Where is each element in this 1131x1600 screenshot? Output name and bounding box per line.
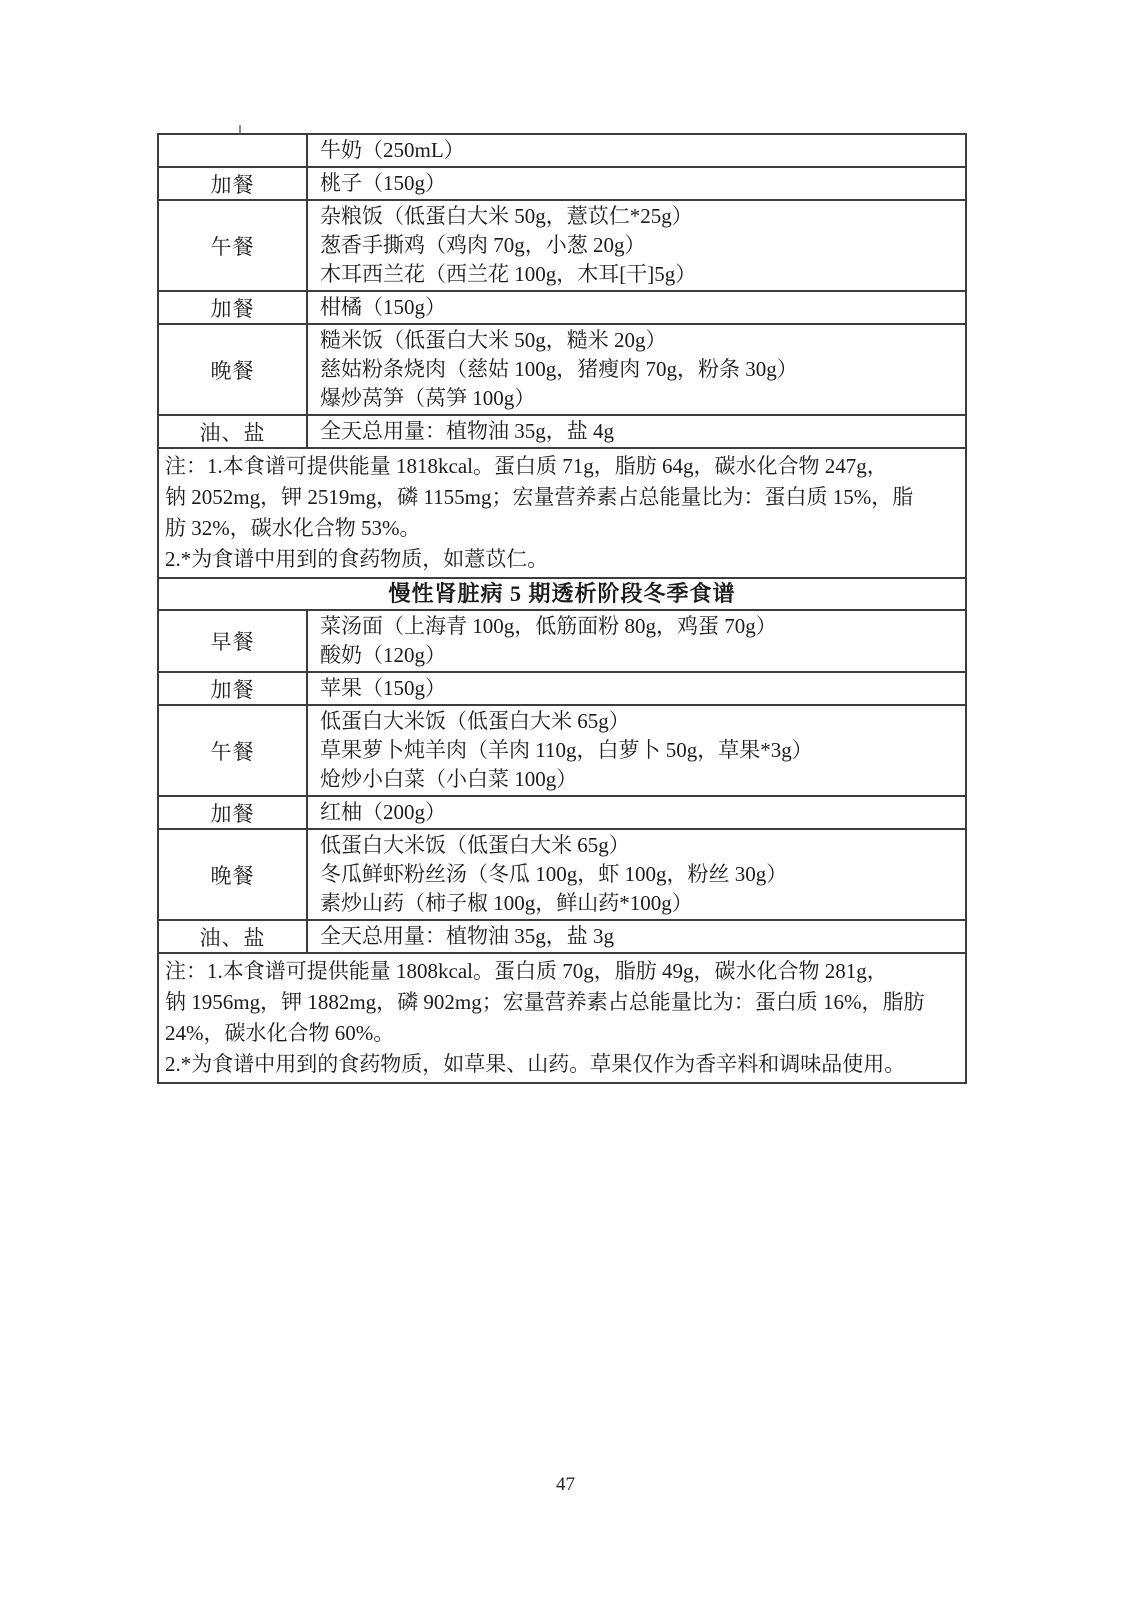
meal-label-cell: 晚餐 <box>159 830 308 919</box>
menu-cell: 低蛋白大米饭（低蛋白大米 65g） 草果萝卜炖羊肉（羊肉 110g，白萝卜 50… <box>308 706 965 795</box>
menu-item: 桃子（150g） <box>320 169 961 198</box>
menu-item: 红柚（200g） <box>320 798 961 827</box>
table-row: 加餐 苹果（150g） <box>159 673 965 706</box>
menu-cell: 糙米饭（低蛋白大米 50g，糙米 20g） 慈姑粉条烧肉（慈姑 100g，猪瘦肉… <box>308 325 965 414</box>
note-line: 注：1.本食谱可提供能量 1808kcal。蛋白质 70g，脂肪 49g，碳水化… <box>165 956 961 987</box>
meal-label-cell: 加餐 <box>159 292 308 323</box>
meal-label-cell: 午餐 <box>159 706 308 795</box>
menu-item: 冬瓜鲜虾粉丝汤（冬瓜 100g，虾 100g，粉丝 30g） <box>320 860 961 889</box>
note-line: 钠 1956mg，钾 1882mg，磷 902mg；宏量营养素占总能量比为：蛋白… <box>165 987 961 1018</box>
meal-label-cell: 加餐 <box>159 673 308 704</box>
menu-item: 爆炒莴笋（莴笋 100g） <box>320 384 961 413</box>
menu-item: 牛奶（250mL） <box>320 136 961 165</box>
section-title: 慢性肾脏病 5 期透析阶段冬季食谱 <box>159 579 965 611</box>
meal-label-cell: 油、盐 <box>159 416 308 447</box>
menu-item: 低蛋白大米饭（低蛋白大米 65g） <box>320 831 961 860</box>
table-row: 加餐 柑橘（150g） <box>159 292 965 325</box>
menu-item: 木耳西兰花（西兰花 100g，木耳[干]5g） <box>320 260 961 289</box>
menu-cell: 桃子（150g） <box>308 168 965 199</box>
page-break-rule-artifact <box>239 125 241 133</box>
page-number: 47 <box>0 1474 1131 1496</box>
table-row: 牛奶（250mL） <box>159 135 965 168</box>
menu-item: 全天总用量：植物油 35g，盐 4g <box>320 417 961 446</box>
table-row: 油、盐 全天总用量：植物油 35g，盐 4g <box>159 416 965 449</box>
menu-item: 草果萝卜炖羊肉（羊肉 110g，白萝卜 50g，草果*3g） <box>320 736 961 765</box>
nutrition-note-cell: 注：1.本食谱可提供能量 1818kcal。蛋白质 71g，脂肪 64g，碳水化… <box>159 449 965 579</box>
document-page: 牛奶（250mL） 加餐 桃子（150g） 午餐 杂粮饭（低蛋白大米 50g，薏… <box>0 0 1131 1600</box>
table-row: 晚餐 糙米饭（低蛋白大米 50g，糙米 20g） 慈姑粉条烧肉（慈姑 100g，… <box>159 325 965 416</box>
note-line: 注：1.本食谱可提供能量 1818kcal。蛋白质 71g，脂肪 64g，碳水化… <box>165 451 961 482</box>
meal-label-cell: 午餐 <box>159 201 308 290</box>
menu-item: 糙米饭（低蛋白大米 50g，糙米 20g） <box>320 326 961 355</box>
note-line: 2.*为食谱中用到的食药物质，如草果、山药。草果仅作为香辛料和调味品使用。 <box>165 1049 961 1080</box>
menu-cell: 菜汤面（上海青 100g，低筋面粉 80g，鸡蛋 70g） 酸奶（120g） <box>308 611 965 671</box>
table-row: 午餐 杂粮饭（低蛋白大米 50g，薏苡仁*25g） 葱香手撕鸡（鸡肉 70g，小… <box>159 201 965 292</box>
menu-item: 酸奶（120g） <box>320 641 961 670</box>
menu-item: 炝炒小白菜（小白菜 100g） <box>320 765 961 794</box>
diet-plan-table: 牛奶（250mL） 加餐 桃子（150g） 午餐 杂粮饭（低蛋白大米 50g，薏… <box>157 133 967 1084</box>
note-line: 2.*为食谱中用到的食药物质，如薏苡仁。 <box>165 544 961 575</box>
meal-label-cell: 油、盐 <box>159 921 308 952</box>
meal-label-cell: 加餐 <box>159 797 308 828</box>
menu-cell: 红柚（200g） <box>308 797 965 828</box>
menu-item: 慈姑粉条烧肉（慈姑 100g，猪瘦肉 70g，粉条 30g） <box>320 355 961 384</box>
nutrition-note-cell: 注：1.本食谱可提供能量 1808kcal。蛋白质 70g，脂肪 49g，碳水化… <box>159 954 965 1082</box>
table-row: 晚餐 低蛋白大米饭（低蛋白大米 65g） 冬瓜鲜虾粉丝汤（冬瓜 100g，虾 1… <box>159 830 965 921</box>
menu-item: 葱香手撕鸡（鸡肉 70g，小葱 20g） <box>320 231 961 260</box>
note-line: 钠 2052mg，钾 2519mg，磷 1155mg；宏量营养素占总能量比为：蛋… <box>165 482 961 513</box>
meal-label-cell <box>159 135 308 166</box>
meal-label-cell: 晚餐 <box>159 325 308 414</box>
menu-item: 全天总用量：植物油 35g，盐 3g <box>320 922 961 951</box>
menu-item: 柑橘（150g） <box>320 293 961 322</box>
menu-cell: 全天总用量：植物油 35g，盐 3g <box>308 921 965 952</box>
table-row: 加餐 红柚（200g） <box>159 797 965 830</box>
menu-item: 低蛋白大米饭（低蛋白大米 65g） <box>320 707 961 736</box>
note-line: 肪 32%，碳水化合物 53%。 <box>165 513 961 544</box>
note-line: 24%，碳水化合物 60%。 <box>165 1018 961 1049</box>
menu-cell: 柑橘（150g） <box>308 292 965 323</box>
table-row: 油、盐 全天总用量：植物油 35g，盐 3g <box>159 921 965 954</box>
meal-label-cell: 早餐 <box>159 611 308 671</box>
menu-cell: 低蛋白大米饭（低蛋白大米 65g） 冬瓜鲜虾粉丝汤（冬瓜 100g，虾 100g… <box>308 830 965 919</box>
menu-cell: 杂粮饭（低蛋白大米 50g，薏苡仁*25g） 葱香手撕鸡（鸡肉 70g，小葱 2… <box>308 201 965 290</box>
menu-cell: 牛奶（250mL） <box>308 135 965 166</box>
meal-label-cell: 加餐 <box>159 168 308 199</box>
menu-cell: 苹果（150g） <box>308 673 965 704</box>
table-row: 午餐 低蛋白大米饭（低蛋白大米 65g） 草果萝卜炖羊肉（羊肉 110g，白萝卜… <box>159 706 965 797</box>
table-row: 加餐 桃子（150g） <box>159 168 965 201</box>
table-row: 早餐 菜汤面（上海青 100g，低筋面粉 80g，鸡蛋 70g） 酸奶（120g… <box>159 611 965 673</box>
menu-item: 素炒山药（柿子椒 100g，鲜山药*100g） <box>320 889 961 918</box>
menu-item: 苹果（150g） <box>320 674 961 703</box>
menu-cell: 全天总用量：植物油 35g，盐 4g <box>308 416 965 447</box>
menu-item: 杂粮饭（低蛋白大米 50g，薏苡仁*25g） <box>320 202 961 231</box>
menu-item: 菜汤面（上海青 100g，低筋面粉 80g，鸡蛋 70g） <box>320 612 961 641</box>
